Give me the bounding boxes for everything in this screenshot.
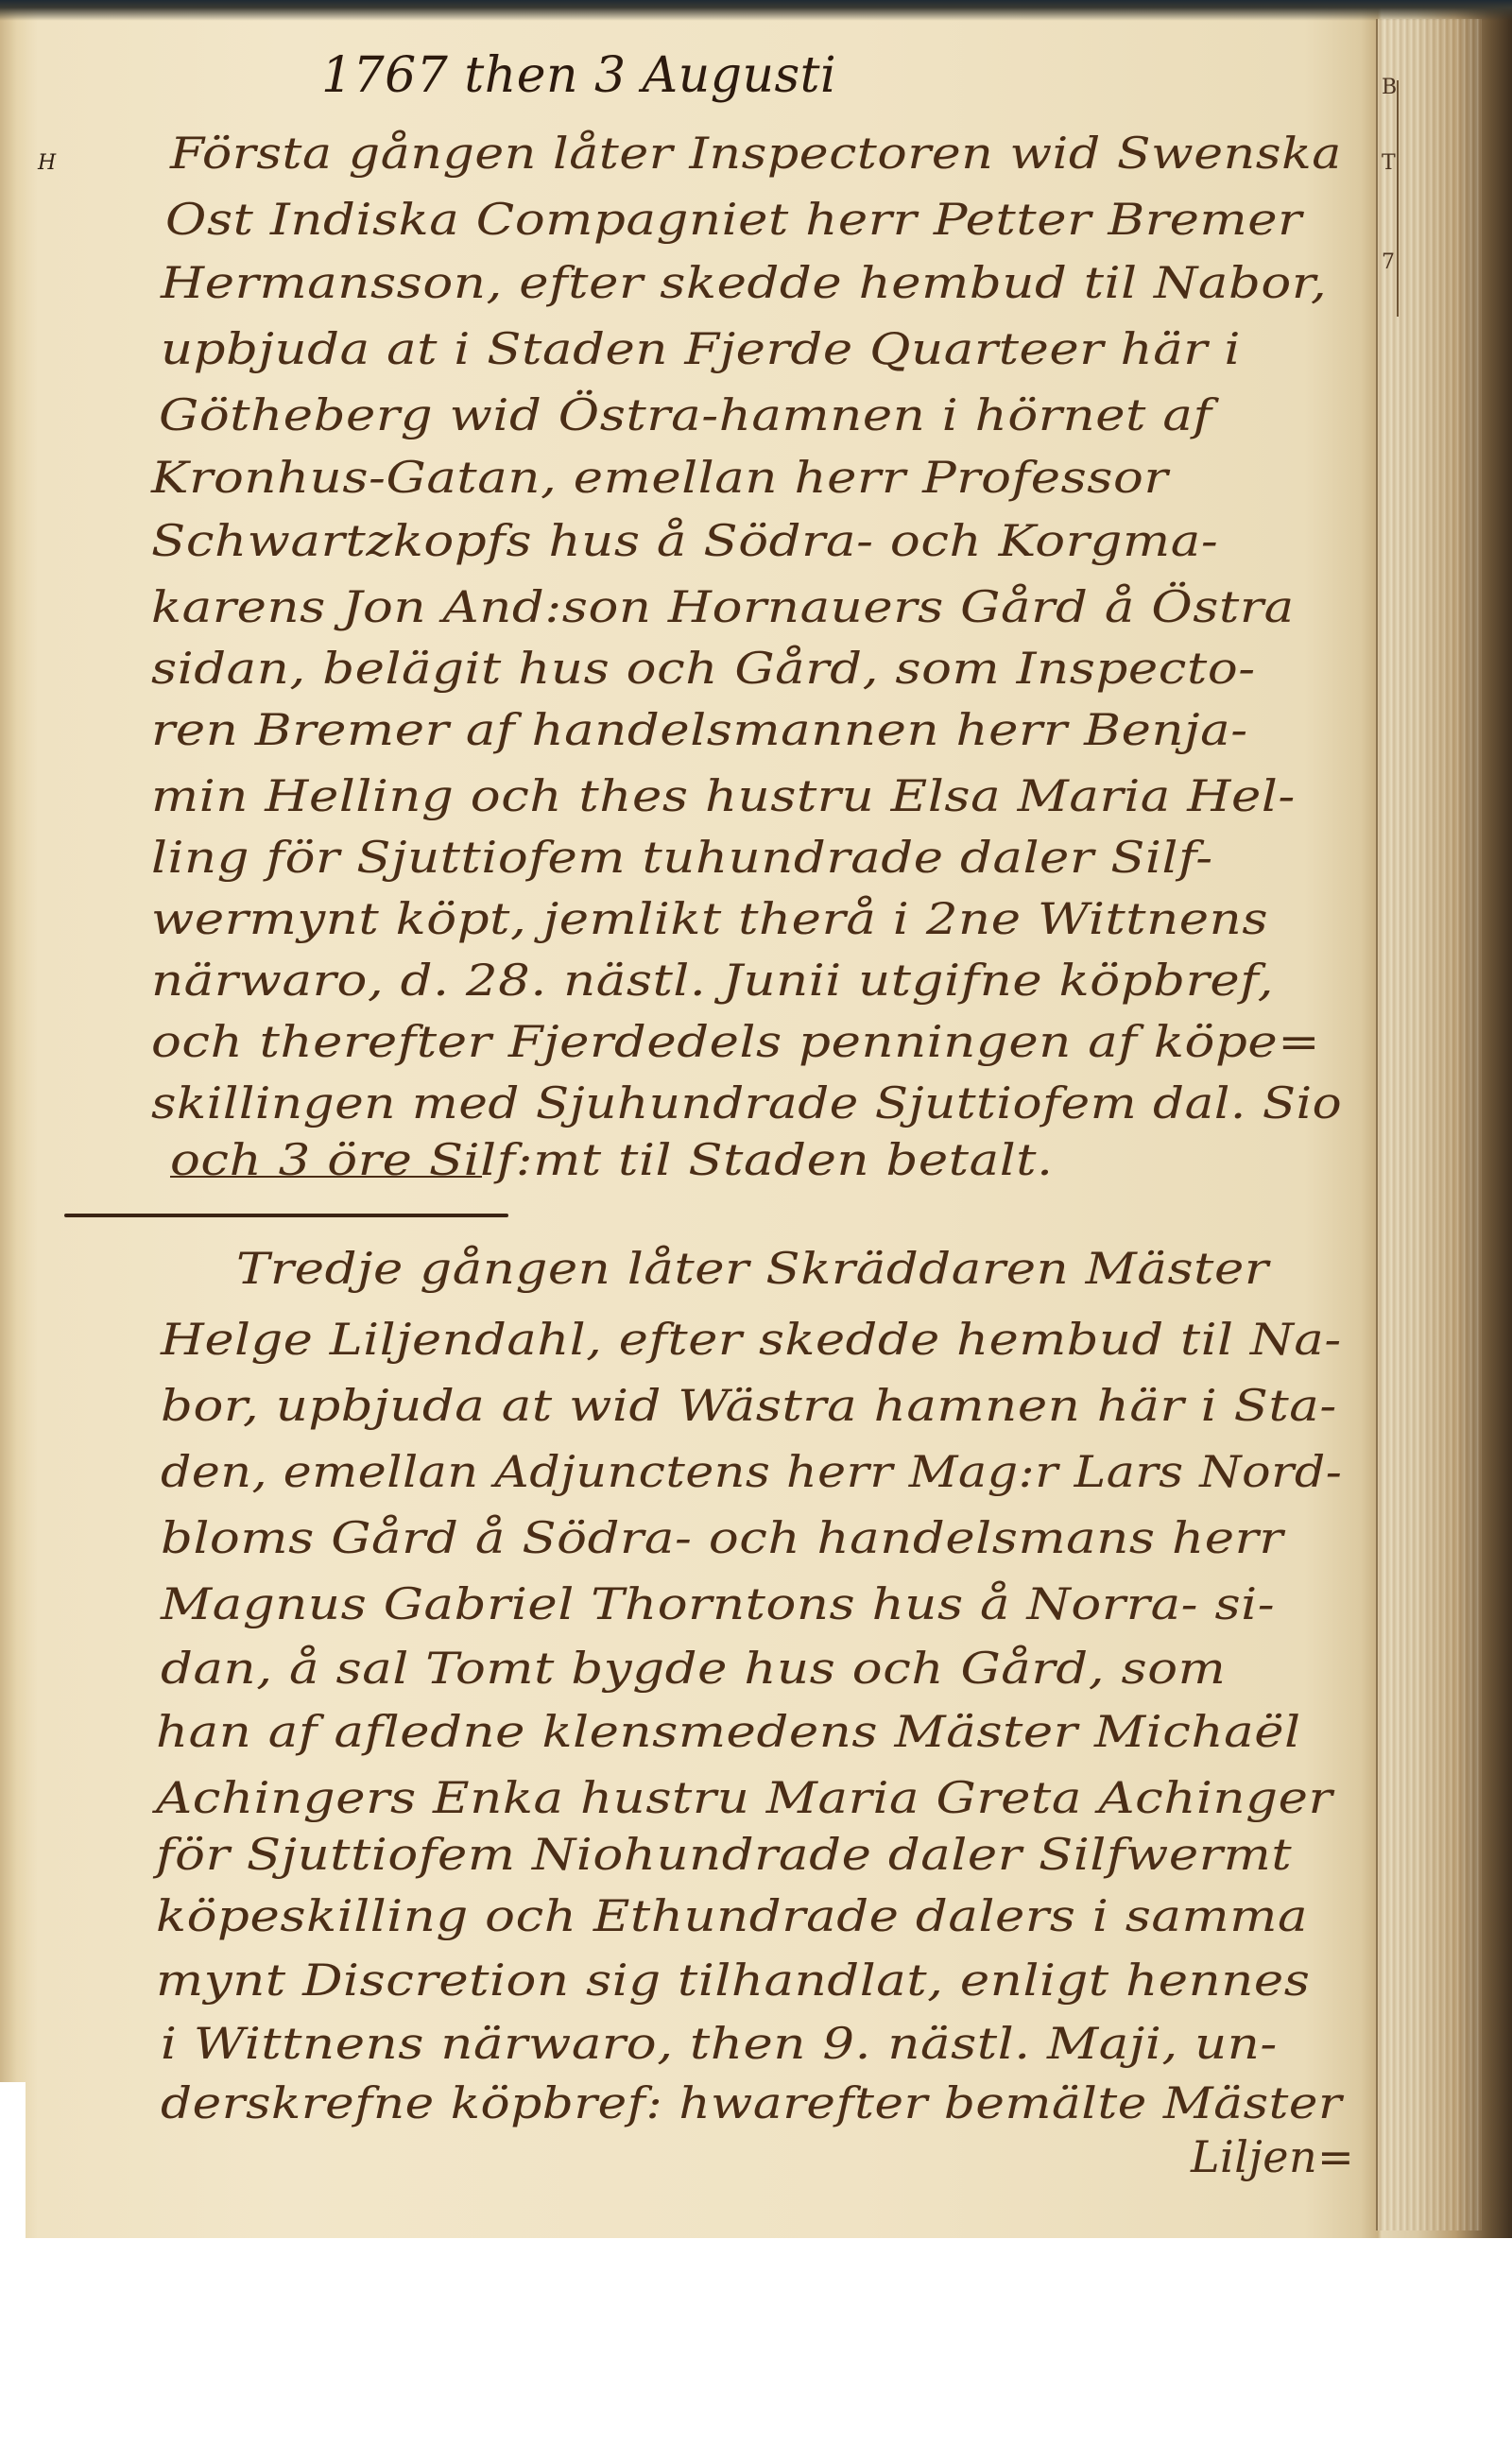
entry1-line: ren Bremer af handelsmannen herr Benja- (151, 704, 1248, 755)
entry1-line: min Helling och thes hustru Elsa Maria H… (151, 770, 1296, 821)
entry1-line: Götheberg wid Östra-hamnen i hörnet af (159, 389, 1212, 440)
catchword: Liljen= (1191, 2131, 1354, 2182)
entry2-line: Magnus Gabriel Thorntons hus å Norra- si… (161, 1578, 1275, 1629)
entry1-line: sidan, belägit hus och Gård, som Inspect… (151, 643, 1256, 694)
entry2-line: mynt Discretion sig tilhandlat, enligt h… (156, 1955, 1311, 2006)
entry2-line: derskrefne köpbref: hwarefter bemälte Mä… (161, 2077, 1342, 2128)
entry1-line: och therefter Fjerdedels penningen af kö… (151, 1016, 1320, 1067)
entry2-line: bor, upbjuda at wid Wästra hamnen här i … (161, 1380, 1337, 1431)
entry-date-heading: 1767 then 3 Augusti (321, 47, 836, 104)
entry1-line: närwaro, d. 28. nästl. Junii utgifne köp… (151, 955, 1274, 1006)
entry1-line: Schwartzkopfs hus å Södra- och Korgma- (151, 515, 1218, 566)
entry2-line: den, emellan Adjunctens herr Mag:r Lars … (161, 1446, 1342, 1497)
entry1-line: skillingen med Sjuhundrade Sjuttiofem da… (151, 1077, 1342, 1128)
page-edge-mark: B (1382, 76, 1397, 99)
entry1-line: Första gången låter Inspectoren wid Swen… (170, 128, 1342, 179)
entry-divider-rule (64, 1214, 508, 1217)
entry2-line: Achingers Enka hustru Maria Greta Aching… (156, 1772, 1332, 1823)
entry1-line: wermynt köpt, jemlikt therå i 2ne Wittne… (151, 893, 1268, 944)
entry1-line: karens Jon And:son Hornauers Gård å Östr… (151, 581, 1295, 632)
entry2-line: i Wittnens närwaro, then 9. nästl. Maji,… (161, 2018, 1278, 2069)
book-page-edges (1376, 19, 1482, 2231)
entry2-line: bloms Gård å Södra- och handelsmans herr (161, 1512, 1283, 1563)
page-edge-ruled-line (1397, 80, 1399, 317)
entry1-line: Hermansson, efter skedde hembud til Nabo… (161, 257, 1327, 308)
entry1-line: Kronhus-Gatan, emellan herr Professor (151, 452, 1168, 503)
page-edge-mark: 7 (1382, 250, 1395, 274)
manuscript-scan: B T 7 H 1767 then 3 Augusti Första gånge… (0, 0, 1512, 2238)
scan-border-notch (0, 2082, 26, 2238)
entry1-line: upbjuda at i Staden Fjerde Quarteer här … (161, 323, 1241, 374)
entry2-line: dan, å sal Tomt bygde hus och Gård, som (161, 1643, 1226, 1694)
entry2-line: köpeskilling och Ethundrade dalers i sam… (156, 1890, 1308, 1941)
page-edge-mark: T (1382, 151, 1396, 175)
entry2-line: för Sjuttiofem Niohundrade daler Silfwer… (156, 1829, 1292, 1880)
entry1-line: ling för Sjuttiofem tuhundrade daler Sil… (151, 832, 1213, 883)
entry2-line: han af afledne klensmedens Mäster Michaë… (156, 1706, 1301, 1757)
closing-underline (170, 1176, 482, 1178)
entry2-line: Tredje gången låter Skräddaren Mäster (236, 1243, 1269, 1294)
entry1-line: Ost Indiska Compagniet herr Petter Breme… (165, 194, 1302, 245)
margin-note: H (38, 151, 56, 175)
entry2-line: Helge Liljendahl, efter skedde hembud ti… (161, 1314, 1342, 1365)
